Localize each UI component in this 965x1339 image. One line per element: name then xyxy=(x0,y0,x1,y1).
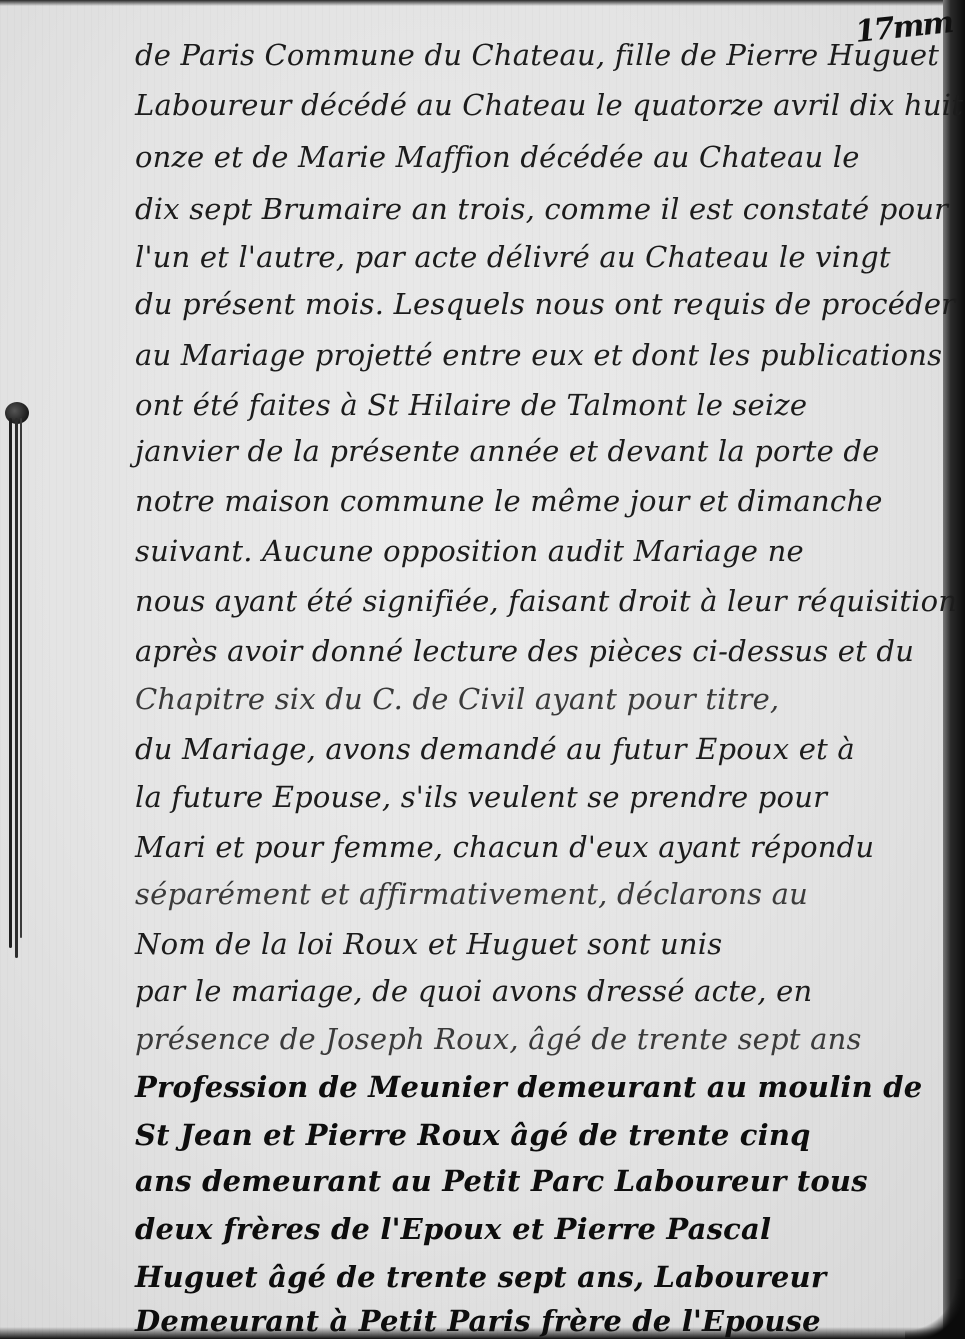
text-line-24: ans demeurant au Petit Parc Laboureur to… xyxy=(135,1164,868,1198)
text-line-4: dix sept Brumaire an trois, comme il est… xyxy=(135,192,948,226)
text-line-15: du Mariage, avons demandé au futur Epoux… xyxy=(135,732,855,766)
text-line-9: janvier de la présente année et devant l… xyxy=(135,434,880,468)
text-line-11: suivant. Aucune opposition audit Mariage… xyxy=(135,534,804,568)
text-line-26: Huguet âgé de trente sept ans, Laboureur xyxy=(135,1260,826,1294)
binding-thread xyxy=(4,398,24,958)
text-line-25: deux frères de l'Epoux et Pierre Pascal xyxy=(135,1212,771,1246)
text-line-7: au Mariage projetté entre eux et dont le… xyxy=(135,338,942,372)
binding-strand xyxy=(15,418,18,958)
text-line-1: de Paris Commune du Chateau, fille de Pi… xyxy=(135,38,939,72)
binding-strand xyxy=(20,418,22,938)
text-line-13: après avoir donné lecture des pièces ci-… xyxy=(135,634,914,668)
text-line-17: Mari et pour femme, chacun d'eux ayant r… xyxy=(135,830,874,864)
text-line-10: notre maison commune le même jour et dim… xyxy=(135,484,883,518)
text-line-18: séparément et affirmativement, déclarons… xyxy=(135,877,808,911)
text-line-27: Demeurant à Petit Paris frère de l'Epous… xyxy=(135,1304,821,1338)
page-corner-shadow xyxy=(905,1279,965,1339)
document-page: 17mm de Paris Commune du Chateau, fille … xyxy=(0,0,965,1339)
text-line-6: du présent mois. Lesquels nous ont requi… xyxy=(135,287,955,321)
text-line-20: par le mariage, de quoi avons dressé act… xyxy=(135,974,812,1008)
text-line-14: Chapitre six du C. de Civil ayant pour t… xyxy=(135,682,779,716)
binding-strand xyxy=(9,418,12,948)
text-line-8: ont été faites à St Hilaire de Talmont l… xyxy=(135,388,807,422)
text-line-12: nous ayant été signifiée, faisant droit … xyxy=(135,584,957,618)
text-line-22: Profession de Meunier demeurant au mouli… xyxy=(135,1070,922,1104)
text-line-21: présence de Joseph Roux, âgé de trente s… xyxy=(135,1022,862,1056)
text-line-2: Laboureur décédé au Chateau le quatorze … xyxy=(135,88,965,122)
text-line-23: St Jean et Pierre Roux âgé de trente cin… xyxy=(135,1118,811,1152)
text-line-19: Nom de la loi Roux et Huguet sont unis xyxy=(135,927,722,961)
text-line-3: onze et de Marie Maffion décédée au Chat… xyxy=(135,140,860,174)
top-page-edge xyxy=(0,0,965,6)
text-line-5: l'un et l'autre, par acte délivré au Cha… xyxy=(135,240,891,274)
text-line-16: la future Epouse, s'ils veulent se prend… xyxy=(135,780,827,814)
